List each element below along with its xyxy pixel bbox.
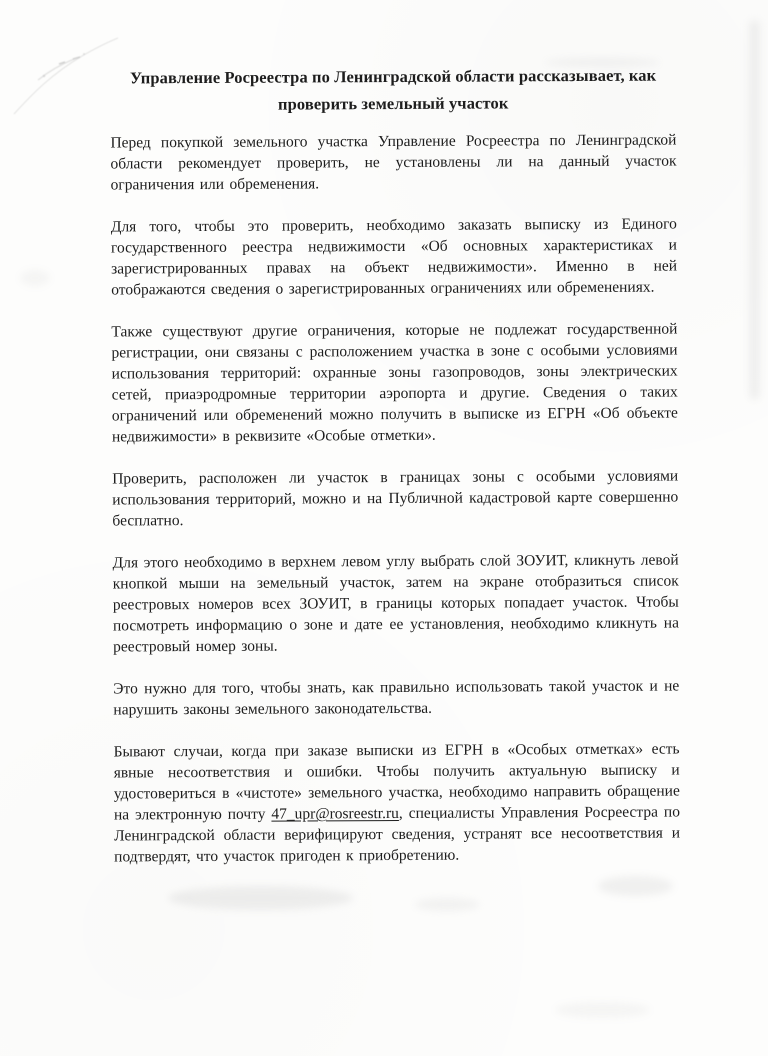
document-content: Управление Росреестра по Ленинградской о…: [110, 62, 680, 889]
paragraph-zouit-instructions: Для этого необходимо в верхнем левом угл…: [113, 550, 680, 658]
paragraph-purpose: Это нужно для того, чтобы знать, как пра…: [113, 676, 679, 721]
paragraph-intro: Перед покупкой земельного участка Управл…: [110, 130, 676, 196]
paragraph-egrn-extract: Для того, чтобы это проверить, необходим…: [111, 214, 677, 301]
scanned-document-page: Управление Росреестра по Ленинградской о…: [0, 0, 768, 1056]
scan-smudge: [555, 1002, 650, 1018]
document-title: Управление Росреестра по Ленинградской о…: [110, 62, 676, 119]
scan-smudge: [20, 270, 50, 286]
scan-smudge: [415, 898, 480, 911]
paragraph-public-cadastral-map: Проверить, расположен ли участок в грани…: [112, 466, 678, 532]
paragraph-email-contact: Бывают случаи, когда при заказе выписки …: [114, 739, 681, 868]
email-address: 47_upr@rosreestr.ru: [271, 805, 399, 823]
scan-edge-shadow: [749, 20, 760, 400]
paragraph-other-restrictions: Также существуют другие ограничения, кот…: [111, 319, 678, 448]
scan-smudge: [168, 886, 353, 910]
